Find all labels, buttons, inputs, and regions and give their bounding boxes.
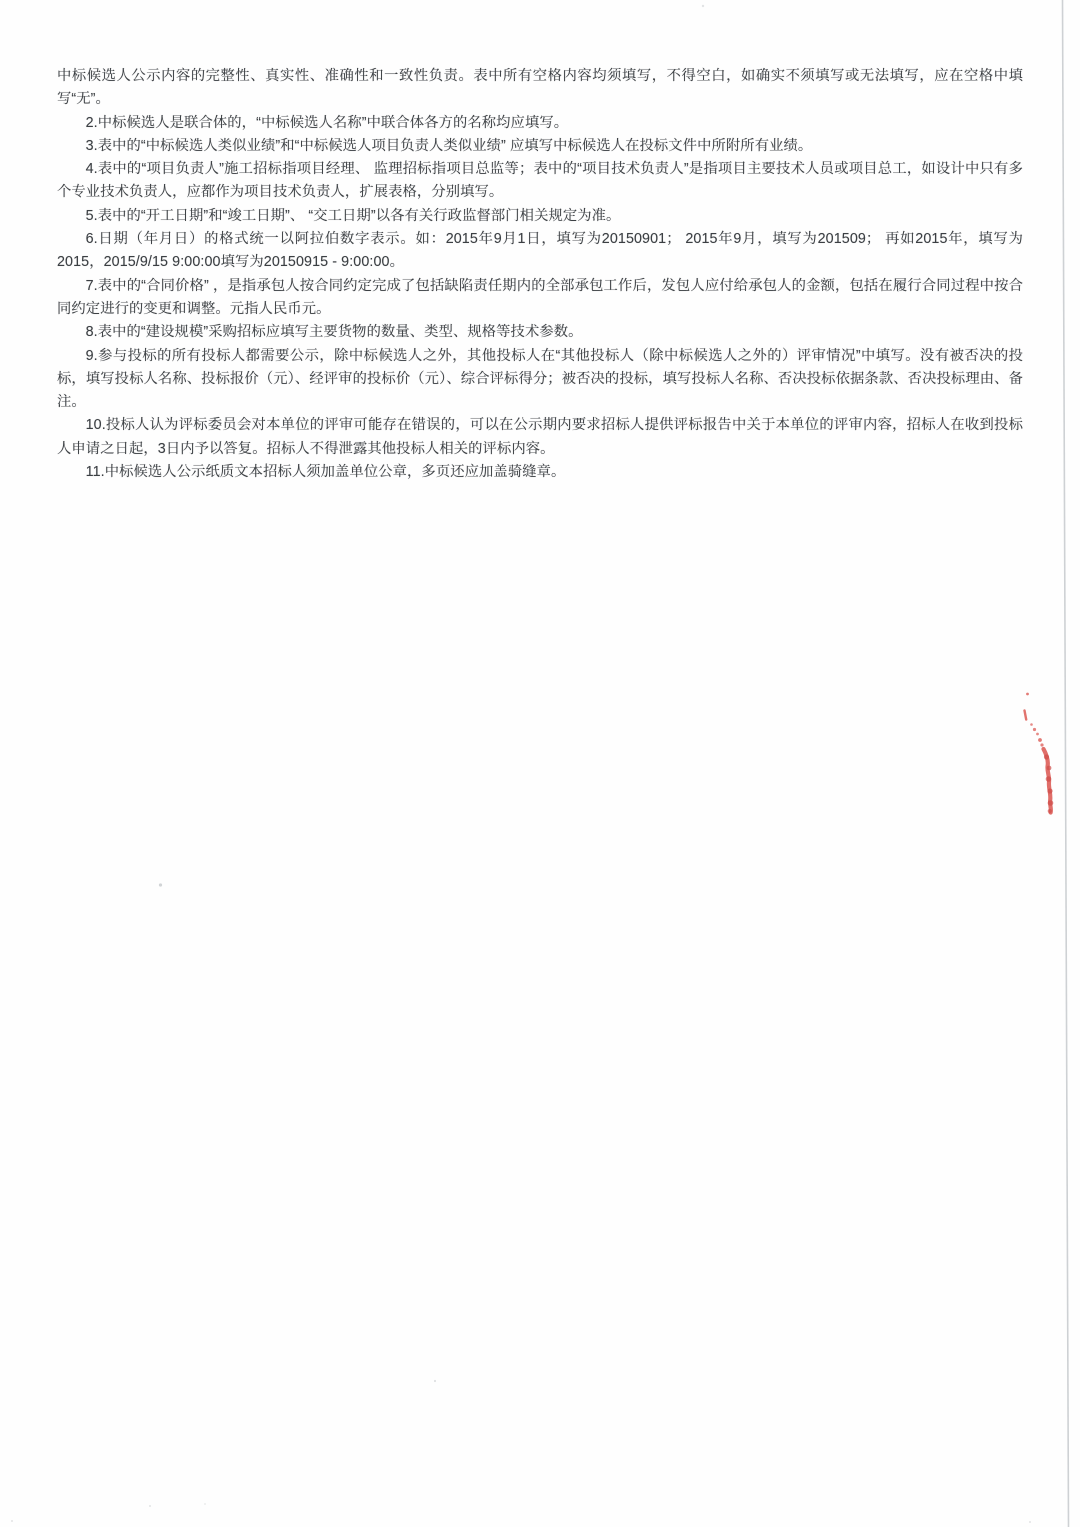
note-paragraph-6: 6.日期（年月日）的格式统一以阿拉伯数字表示。如：2015年9月1日，填写为20… bbox=[57, 228, 1023, 275]
note-paragraph-1: 中标候选人公示内容的完整性、真实性、准确性和一致性负责。表中所有空格内容均须填写… bbox=[57, 65, 1023, 112]
note-paragraph-8: 8.表中的“建设规模”采购招标应填写主要货物的数量、类型、规格等技术参数。 bbox=[57, 321, 1023, 344]
scan-edge-line bbox=[1063, 0, 1069, 1527]
note-paragraph-2: 2.中标候选人是联合体的，“中标候选人名称”中联合体各方的名称均应填写。 bbox=[57, 112, 1023, 135]
red-seal-fragment-icon bbox=[1025, 693, 1054, 814]
note-paragraph-10: 10.投标人认为评标委员会对本单位的评审可能存在错误的，可以在公示期内要求招标人… bbox=[57, 414, 1023, 461]
document-page: 中标候选人公示内容的完整性、真实性、准确性和一致性负责。表中所有空格内容均须填写… bbox=[0, 0, 1080, 1527]
note-paragraph-3: 3.表中的“中标候选人类似业绩”和“中标候选人项目负责人类似业绩” 应填写中标候… bbox=[57, 135, 1023, 158]
note-paragraph-4: 4.表中的“项目负责人”施工招标指项目经理、 监理招标指项目总监等；表中的“项目… bbox=[57, 158, 1023, 205]
note-paragraph-9: 9.参与投标的所有投标人都需要公示，除中标候选人之外，其他投标人在“其他投标人（… bbox=[57, 345, 1023, 415]
note-paragraph-5: 5.表中的“开工日期”和“竣工日期”、 “交工日期”以各有关行政监督部门相关规定… bbox=[57, 205, 1023, 228]
note-paragraph-11: 11.中标候选人公示纸质文本招标人须加盖单位公章，多页还应加盖骑缝章。 bbox=[57, 461, 1023, 484]
notes-block: 中标候选人公示内容的完整性、真实性、准确性和一致性负责。表中所有空格内容均须填写… bbox=[57, 65, 1023, 484]
note-paragraph-7: 7.表中的“合同价格” ，是指承包人按合同约定完成了包括缺陷责任期内的全部承包工… bbox=[57, 275, 1023, 322]
